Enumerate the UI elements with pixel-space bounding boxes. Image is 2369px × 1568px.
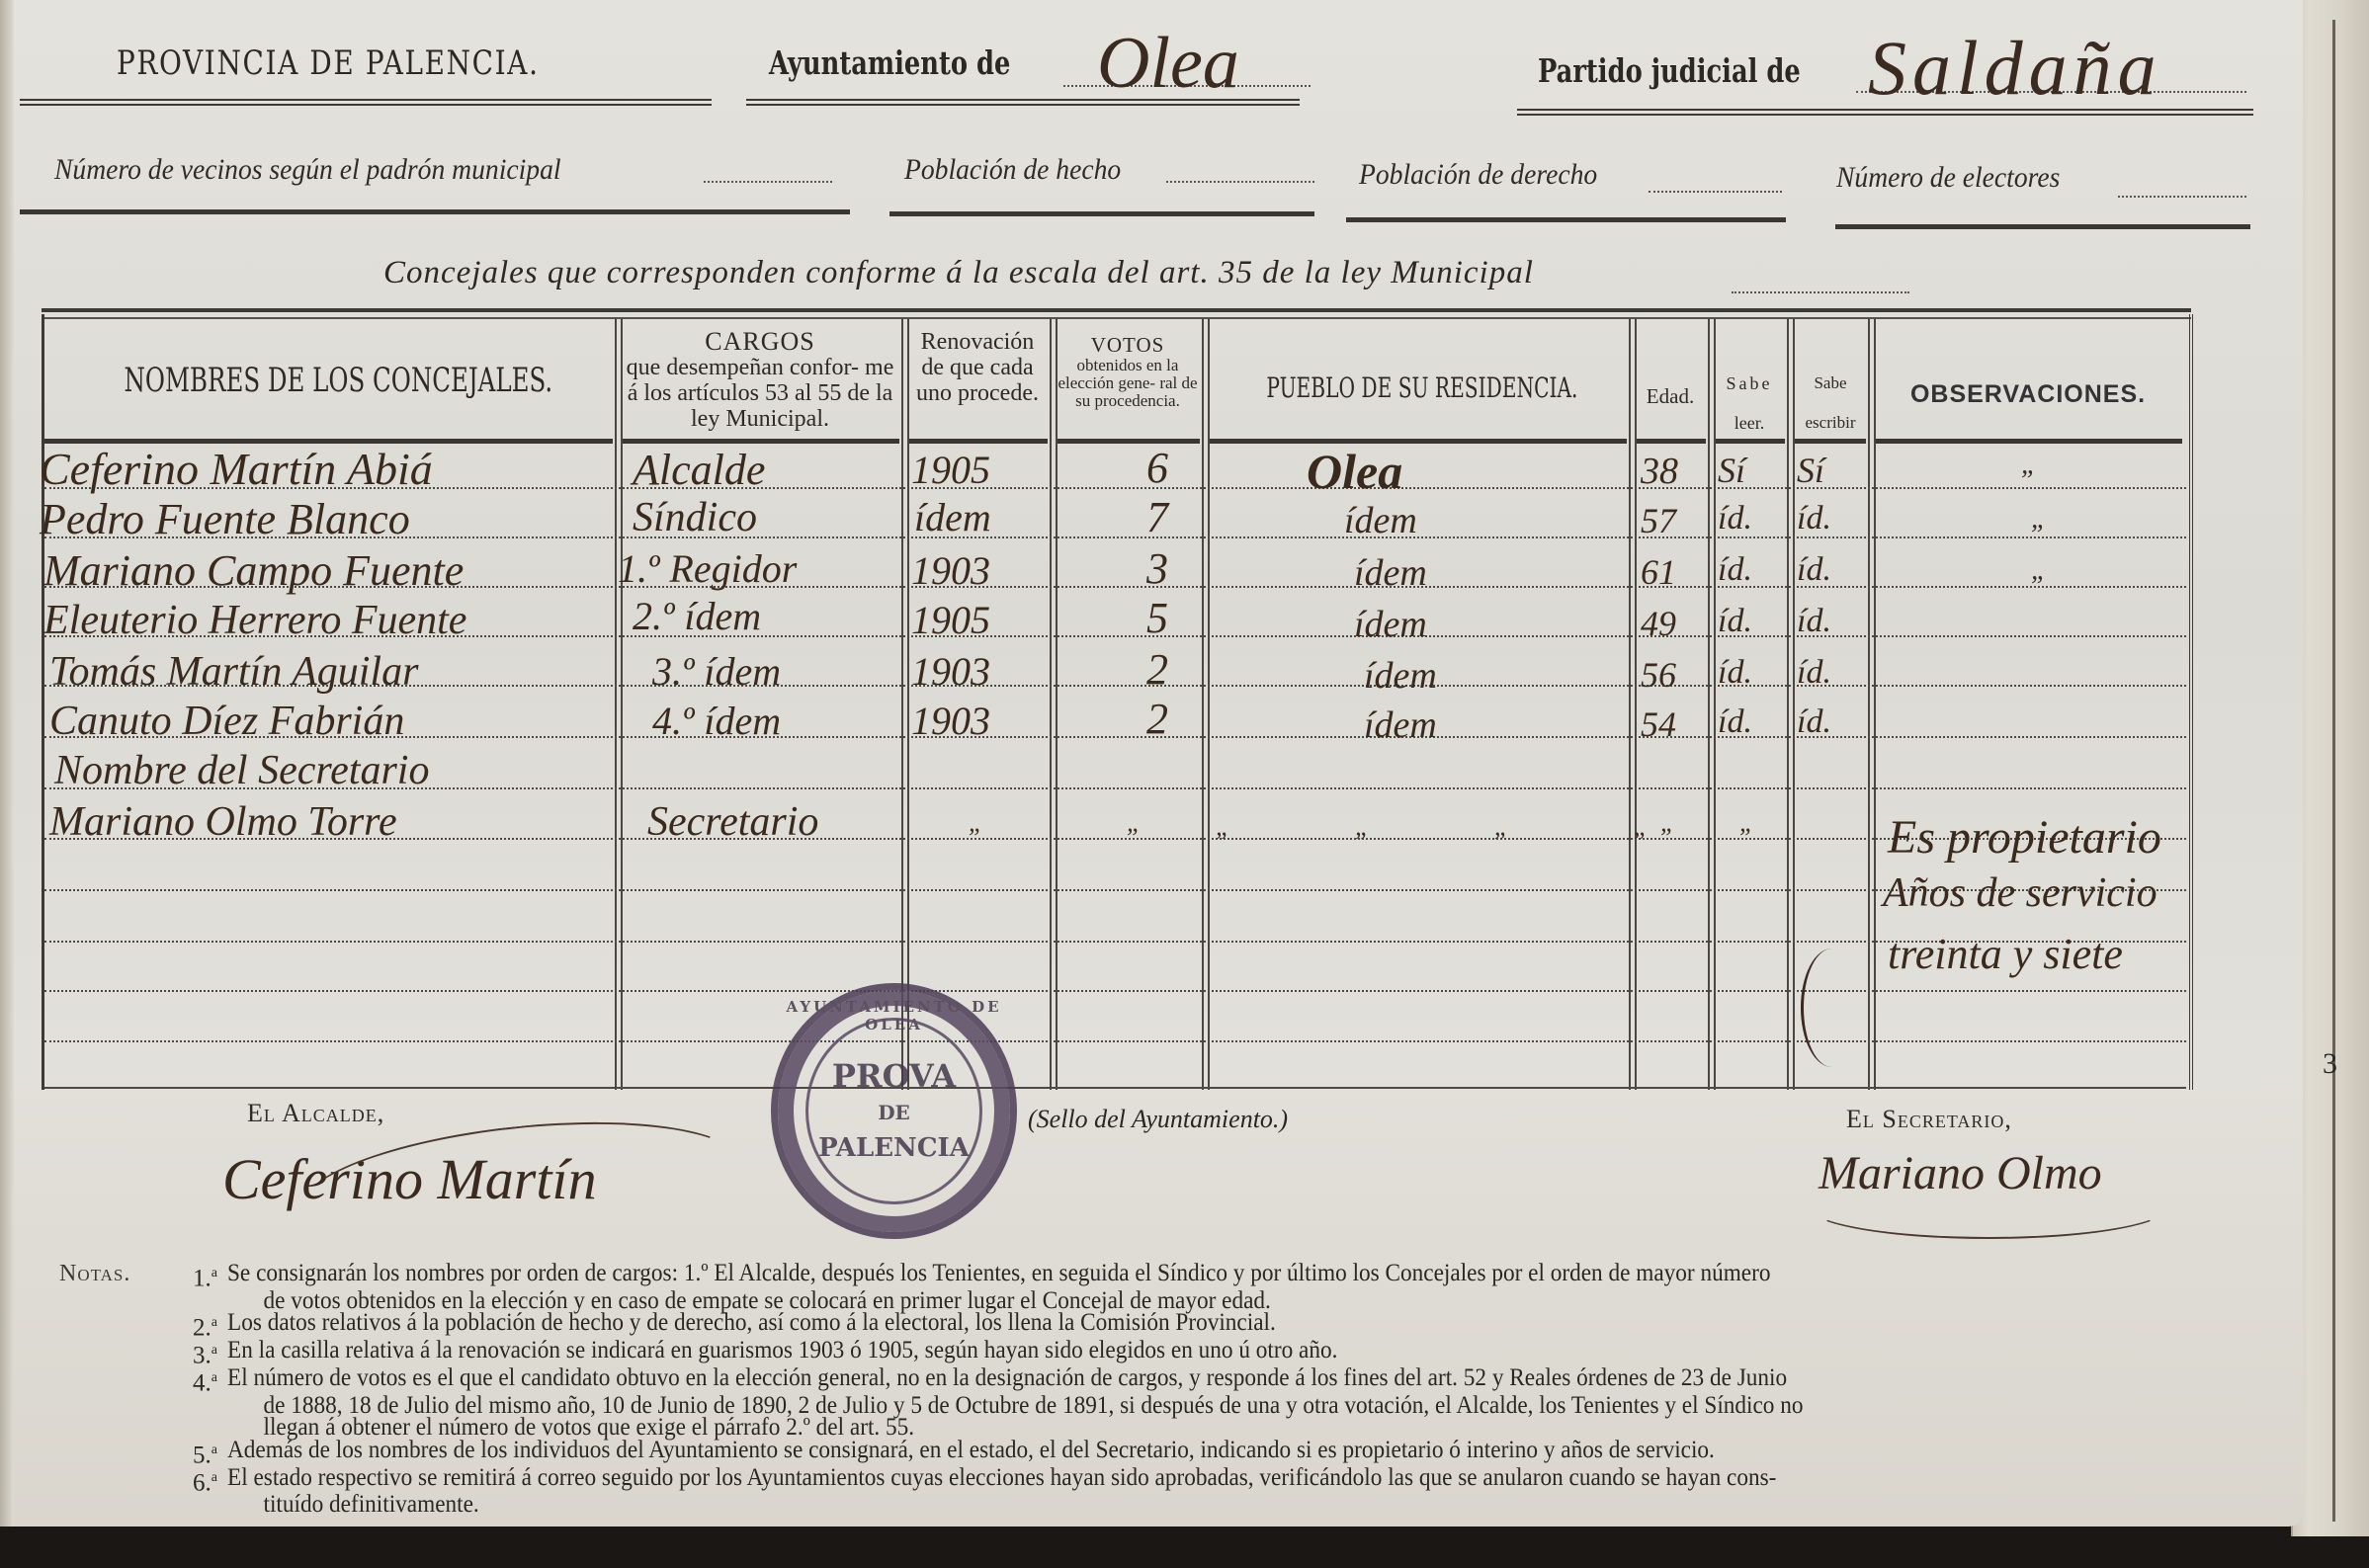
concejales-scale-label: Concejales que corresponden conforme á l… [383,255,1534,291]
col-divider [901,318,909,1090]
province-title: PROVINCIA DE PALENCIA. [117,43,540,83]
derecho-field[interactable] [1649,191,1782,193]
cell-escribir[interactable]: íd. [1797,654,1831,692]
row-rule [44,941,2186,943]
th-nombres: NOMBRES DE LOS CONCEJALES. [124,363,533,399]
cell-cargo[interactable]: 3.º ídem [652,648,781,695]
cell-leer[interactable]: íd. [1718,500,1752,537]
electores-label: Número de electores [1836,161,2060,195]
th-sabe-escribir: Sabe escribir [1793,364,1868,443]
cell-edad[interactable]: 56 [1641,654,1676,696]
notes-label: Notas. [59,1263,166,1290]
cell-pueblo[interactable]: ídem [1354,603,1427,646]
note-item: 4.a El número de votos es el que el cand… [59,1367,2263,1395]
cell-edad[interactable]: „ [1660,808,1674,838]
cell-escribir[interactable]: íd. [1797,500,1831,537]
cell-votos[interactable]: 7 [1146,492,1168,542]
th-cargos-desc: que desempeñan confor- me á los artículo… [621,356,899,433]
cell-votos[interactable]: 6 [1146,443,1168,493]
cell-leer[interactable]: íd. [1718,551,1752,589]
col-divider [1868,318,1876,1090]
partido-value[interactable]: Saldaña [1868,24,2162,113]
cell-renovacion[interactable]: 1903 [911,698,990,744]
alcalde-label: El Alcalde, [247,1099,384,1128]
notes-section: Notas. 1.a Se consignarán los nombres po… [59,1263,2263,1517]
note-number: 1.a [166,1263,227,1290]
page-edge-line [2332,20,2335,1522]
cell-observaciones[interactable]: „ [2031,555,2047,587]
header-sep [1058,439,1200,444]
hecho-rule [889,211,1314,216]
note-continuation: tituído definitivamente. [59,1494,2263,1517]
cell-renovacion[interactable]: „ [969,808,982,838]
cell-pueblo[interactable]: ídem [1354,551,1427,595]
th-cargos: CARGOS que desempeñan confor- me á los a… [621,328,899,433]
cell-edad[interactable]: 49 [1641,603,1676,644]
cell-nombre[interactable]: Tomás Martín Aguilar [49,648,418,696]
cell-cargo[interactable]: Síndico [633,494,757,541]
cell-nombre[interactable]: Ceferino Martín Abiá [40,443,433,495]
vecinos-field[interactable] [704,181,832,183]
stamp-outer-text: AYUNTAMIENTO DE OLEA [778,998,1010,1033]
cell-escribir[interactable]: Sí [1797,450,1824,491]
col-divider [1050,318,1058,1090]
col-divider [1629,318,1637,1090]
cell-cargo[interactable]: 2.º ídem [633,593,761,639]
note-text: Además de los nombres de los individuos … [227,1440,2121,1467]
stamp-line-1: PROVA [778,1057,1010,1095]
note-spacer [59,1312,166,1340]
cell-leer[interactable]: íd. [1718,603,1752,640]
note-spacer [59,1340,166,1367]
ayuntamiento-rule [746,99,1300,106]
cell-cargo[interactable]: Secretario [647,798,818,846]
th-sabe-escribir-title: Sabe [1793,364,1868,403]
cell-observaciones[interactable]: „ [2021,450,2037,481]
note-spacer [59,1367,166,1395]
vecinos-rule [20,209,850,214]
cell-nombre[interactable]: Mariano Campo Fuente [43,545,464,596]
header-sep [1716,439,1785,444]
note-text: Los datos relativos á la población de he… [227,1312,2121,1340]
partido-label: Partido judicial de [1538,51,1801,90]
cell-leer[interactable]: íd. [1718,654,1752,692]
header-sep [1795,439,1866,444]
cell-edad[interactable]: 38 [1641,450,1678,493]
derecho-rule [1346,217,1786,222]
cell-cargo[interactable]: 4.º ídem [652,698,781,744]
ayuntamiento-value[interactable]: Olea [1097,22,1239,106]
note-number: 5.a [166,1440,227,1467]
note-item: 3.a En la casilla relativa á la renovaci… [59,1340,2263,1367]
note-spacer [59,1440,166,1467]
obs-bracket [1801,949,1863,1067]
note-number: 6.a [166,1467,227,1495]
cell-cargo[interactable]: 1.º Regidor [618,545,797,592]
col-divider [1202,318,1210,1090]
note-item: 2.a Los datos relativos á la población d… [59,1312,2263,1340]
th-sabe-leer-title: Sabe [1714,364,1785,403]
cell-votos[interactable]: „ [1127,808,1141,838]
ayuntamiento-label: Ayuntamiento de [769,43,1010,82]
cell-edad[interactable]: 54 [1641,703,1676,745]
cell-leer[interactable]: Sí [1718,450,1745,491]
cell-votos[interactable]: 5 [1146,593,1168,643]
partido-rule [1517,109,2253,116]
table-bottom-rule [44,1087,2186,1089]
header-sep [1210,439,1627,444]
sello-label: (Sello del Ayuntamiento.) [1028,1105,1288,1134]
form-page: PROVINCIA DE PALENCIA. Ayuntamiento de O… [0,0,2303,1527]
header-sep [1637,439,1706,444]
hecho-label: Población de hecho [904,153,1121,187]
header-sep [623,439,899,444]
cell-votos[interactable]: 3 [1146,543,1168,594]
cell-pueblo[interactable]: Olea [1307,443,1402,500]
note-text: tituído definitivamente. [217,1494,2120,1517]
secretario-label: El Secretario, [1846,1105,2012,1134]
note-item: 6.a El estado respectivo se remitirá á c… [59,1467,2263,1495]
note-number: 2.a [166,1312,227,1340]
cell-renovacion[interactable]: 1905 [911,597,990,643]
cell-votos[interactable]: 2 [1146,694,1168,744]
note-text: El número de votos es el que el candidat… [227,1367,2121,1395]
cell-nombre[interactable]: Nombre del Secretario [54,747,429,794]
th-cargos-title: CARGOS [621,328,899,356]
margin-mark: 3 [2323,1047,2337,1081]
th-votos: VOTOS obtenidos en la elección gene- ral… [1056,334,1200,411]
obs-line-3[interactable]: treinta y siete [1888,929,2123,979]
note-number: 3.a [166,1340,227,1367]
th-pueblo: PUEBLO DE SU RESIDENCIA. [1266,373,1567,403]
stamp-line-2: DE [778,1101,1010,1124]
cell-escribir[interactable]: íd. [1797,603,1831,640]
cell-renovacion[interactable]: 1903 [911,547,990,594]
header-sep [1876,439,2182,444]
cell-nombre[interactable]: Canuto Díez Fabrián [49,698,404,745]
row-rule [44,889,2186,891]
electores-field[interactable] [2118,196,2246,198]
col-divider [615,318,623,1090]
binding-edge [0,0,14,1527]
note-text: El estado respectivo se remitirá á corre… [227,1467,2121,1495]
vecinos-label: Número de vecinos según el padrón munici… [54,153,561,187]
cell-leer[interactable]: „ [1739,808,1753,838]
row-rule [44,990,2186,992]
cell-nombre[interactable]: Pedro Fuente Blanco [40,494,410,544]
stamp-line-3: PALENCIA [778,1133,1010,1163]
note-item: 5.a Además de los nombres de los individ… [59,1440,2263,1467]
concejales-scale-field[interactable] [1732,291,1909,293]
table-top-rule [42,308,2191,312]
th-observaciones: OBSERVACIONES. [1874,381,2182,408]
cell-cargo[interactable]: Alcalde [633,445,765,495]
obs-line-1[interactable]: Es propietario [1888,810,2161,865]
cell-leer[interactable]: íd. [1718,703,1752,741]
note-text: Se consignarán los nombres por orden de … [227,1263,2121,1290]
secretario-flourish [1809,1176,2168,1239]
header-sep [909,439,1048,444]
note-number: 4.a [166,1367,227,1395]
cell-observaciones[interactable]: „ [2031,504,2047,536]
note-item: Notas. 1.a Se consignarán los nombres po… [59,1263,2263,1290]
cell-edad[interactable]: 57 [1641,500,1676,541]
cell-pueblo[interactable]: ídem [1364,703,1437,747]
alcalde-flourish [292,1104,750,1273]
note-text: En la casilla relativa á la renovación s… [227,1340,2121,1367]
cell-nombre[interactable]: Mariano Olmo Torre [49,798,397,846]
cell-pueblo[interactable]: ídem [1344,499,1417,542]
cell-pueblo[interactable]: ídem [1364,654,1437,698]
obs-line-2[interactable]: Años de servicio [1883,869,2157,917]
header-rule [20,99,712,106]
th-sabe-escribir-desc: escribir [1793,403,1868,443]
municipal-seal-stamp: AYUNTAMIENTO DE OLEA PROVA DE PALENCIA [771,983,1017,1239]
cell-escribir[interactable]: íd. [1797,703,1831,741]
cell-nombre[interactable]: Eleuterio Herrero Fuente [43,597,466,644]
derecho-label: Población de derecho [1359,158,1597,192]
hecho-field[interactable] [1166,181,1314,183]
row-rule [44,1040,2186,1042]
th-votos-desc: obtenidos en la elección gene- ral de su… [1056,357,1200,411]
cell-renovacion[interactable]: 1903 [911,648,990,695]
note-spacer [59,1467,166,1495]
cell-escribir[interactable]: íd. [1797,551,1831,589]
th-sabe-leer: Sabe leer. [1714,364,1785,443]
cell-votos[interactable]: 2 [1146,644,1168,695]
cell-renovacion[interactable]: ídem [914,494,991,540]
electores-rule [1835,224,2250,229]
th-renovacion: Renovación de que cada uno procede. [907,330,1048,407]
th-edad: Edad. [1635,385,1706,408]
cell-edad[interactable]: 61 [1641,551,1676,593]
th-sabe-leer-desc: leer. [1714,403,1785,443]
cell-renovacion[interactable]: 1905 [911,447,990,493]
cell-pueblo[interactable]: „ „ „ „ [1216,812,1707,842]
th-votos-title: VOTOS [1056,334,1200,357]
